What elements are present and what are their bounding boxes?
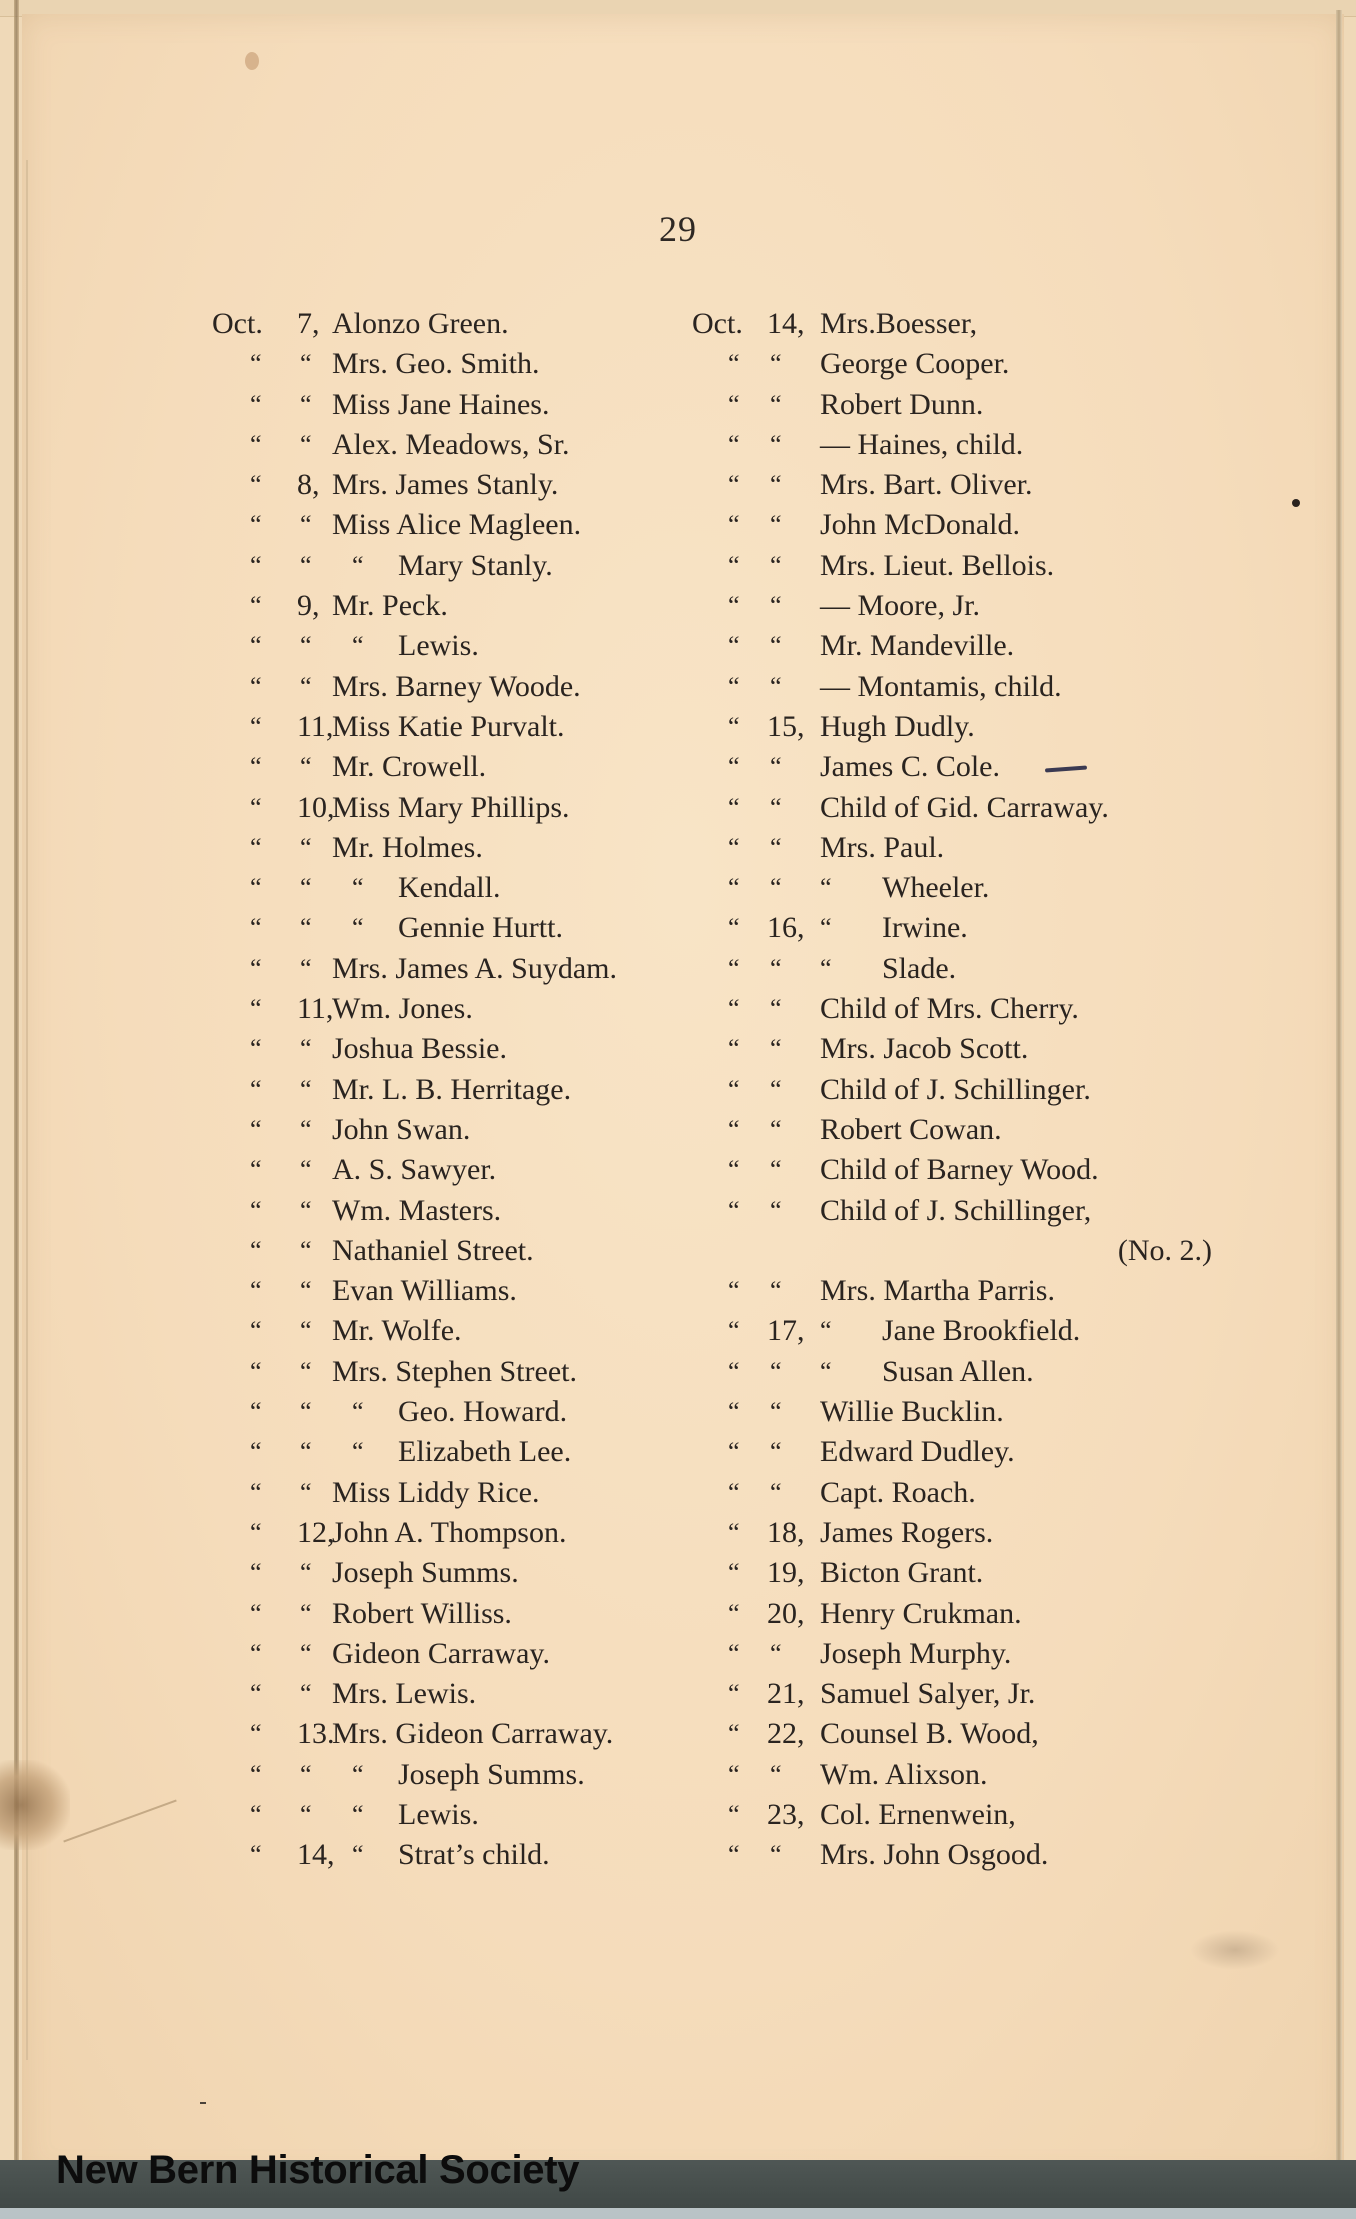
ditto-mark: “ — [250, 1795, 262, 1835]
entry-name: Wheeler. — [882, 868, 989, 908]
entry-day: 14, — [767, 304, 805, 344]
ditto-mark: “ — [770, 989, 782, 1029]
ditto-mark: “ — [352, 1835, 364, 1875]
entry-name: Joseph Murphy. — [820, 1634, 1011, 1674]
entry-name: Mrs. James A. Suydam. — [332, 949, 617, 989]
list-entry: ““Mrs. Paul. — [692, 828, 1212, 868]
ditto-mark: “ — [728, 949, 740, 989]
list-entry: ““Alex. Meadows, Sr. — [212, 425, 682, 465]
list-entry: ““Robert Williss. — [212, 1594, 682, 1634]
list-entry: ““Mrs. Stephen Street. — [212, 1352, 682, 1392]
ditto-mark: “ — [250, 1835, 262, 1875]
ditto-mark: “ — [250, 344, 262, 384]
torn-edge-stain — [0, 1760, 70, 1850]
entry-name: John McDonald. — [820, 505, 1020, 545]
entry-name: Child of J. Schillinger. — [820, 1070, 1091, 1110]
entry-name: Child of Gid. Carraway. — [820, 788, 1109, 828]
ditto-mark: “ — [300, 1110, 312, 1150]
entry-day: 8, — [297, 465, 320, 505]
ditto-mark: “ — [250, 667, 262, 707]
ditto-mark: “ — [820, 868, 832, 908]
ditto-mark: “ — [250, 1594, 262, 1634]
entry-name: Mrs. Geo. Smith. — [332, 344, 540, 384]
ditto-mark: “ — [352, 908, 364, 948]
ditto-mark: “ — [250, 385, 262, 425]
entry-name: James C. Cole. — [820, 747, 1000, 787]
list-entry: ““Wm. Alixson. — [692, 1755, 1212, 1795]
entry-name: Miss Jane Haines. — [332, 385, 549, 425]
entry-name: Mrs. Lewis. — [332, 1674, 476, 1714]
list-entry: ““Robert Cowan. — [692, 1110, 1212, 1150]
entry-name: — Moore, Jr. — [820, 586, 980, 626]
ditto-mark: “ — [250, 546, 262, 586]
entry-name: George Cooper. — [820, 344, 1009, 384]
list-entry: ““John McDonald. — [692, 505, 1212, 545]
entry-name: Geo. Howard. — [398, 1392, 567, 1432]
entry-name: Lewis. — [398, 626, 479, 666]
list-entry: ““Willie Bucklin. — [692, 1392, 1212, 1432]
list-entry: ““— Haines, child. — [692, 425, 1212, 465]
entry-name: Mrs. Lieut. Bellois. — [820, 546, 1054, 586]
entry-day: 15, — [767, 707, 805, 747]
list-entry: ““A. S. Sawyer. — [212, 1150, 682, 1190]
entry-name: Capt. Roach. — [820, 1473, 976, 1513]
entry-name: Edward Dudley. — [820, 1432, 1015, 1472]
ditto-mark: “ — [250, 1392, 262, 1432]
list-entry: ““Joseph Summs. — [212, 1553, 682, 1593]
list-entry: “16,“Irwine. — [692, 908, 1212, 948]
ditto-mark: “ — [728, 1795, 740, 1835]
list-entry: ““Robert Dunn. — [692, 385, 1212, 425]
entry-name: Miss Alice Magleen. — [332, 505, 581, 545]
ditto-mark: “ — [352, 546, 364, 586]
entry-name: Child of Barney Wood. — [820, 1150, 1099, 1190]
ditto-mark: “ — [728, 465, 740, 505]
entry-name: Alex. Meadows, Sr. — [332, 425, 569, 465]
list-entry: “““Joseph Summs. — [212, 1755, 682, 1795]
ditto-mark: “ — [728, 868, 740, 908]
ditto-mark: “ — [250, 1110, 262, 1150]
entry-day: 23, — [767, 1795, 805, 1835]
ditto-mark: “ — [728, 747, 740, 787]
page-number: 29 — [0, 208, 1356, 250]
ditto-mark: “ — [300, 1070, 312, 1110]
entry-name: Slade. — [882, 949, 956, 989]
list-entry: “““Kendall. — [212, 868, 682, 908]
entry-day: 22, — [767, 1714, 805, 1754]
list-entry: ““Mrs. Martha Parris. — [692, 1271, 1212, 1311]
list-entry: “19,Bicton Grant. — [692, 1553, 1212, 1593]
list-entry: “““Susan Allen. — [692, 1352, 1212, 1392]
list-entry: ““Mrs. Geo. Smith. — [212, 344, 682, 384]
ditto-mark: “ — [250, 1191, 262, 1231]
ditto-mark: “ — [300, 1029, 312, 1069]
ditto-mark: “ — [728, 1553, 740, 1593]
left-column-burial-list: Oct.7,Alonzo Green.““Mrs. Geo. Smith.““M… — [212, 304, 682, 1876]
entry-name: Robert Dunn. — [820, 385, 983, 425]
ditto-mark: “ — [728, 586, 740, 626]
entry-day: 13. — [297, 1714, 335, 1754]
entry-name: Alonzo Green. — [332, 304, 509, 344]
list-entry: ““— Moore, Jr. — [692, 586, 1212, 626]
ditto-mark: “ — [300, 667, 312, 707]
list-entry: ““Child of J. Schillinger. — [692, 1070, 1212, 1110]
list-entry: ““Mrs. Barney Woode. — [212, 667, 682, 707]
entry-name: Kendall. — [398, 868, 500, 908]
list-entry: “9,Mr. Peck. — [212, 586, 682, 626]
entry-name: Child of J. Schillinger, — [820, 1191, 1091, 1231]
entry-month: Oct. — [212, 304, 263, 344]
entry-day: 18, — [767, 1513, 805, 1553]
ditto-mark: “ — [300, 1795, 312, 1835]
entry-name: Hugh Dudly. — [820, 707, 975, 747]
ditto-mark: “ — [770, 1150, 782, 1190]
list-entry: ““Mrs. John Osgood. — [692, 1835, 1212, 1875]
list-entry: “““Mary Stanly. — [212, 546, 682, 586]
list-entry: ““Capt. Roach. — [692, 1473, 1212, 1513]
ditto-mark: “ — [770, 1755, 782, 1795]
entry-continuation: (No. 2.) — [1118, 1234, 1212, 1267]
entry-name: Irwine. — [882, 908, 968, 948]
list-entry: “12,John A. Thompson. — [212, 1513, 682, 1553]
list-entry: ““Mrs. Lieut. Bellois. — [692, 546, 1212, 586]
ditto-mark: “ — [770, 1271, 782, 1311]
entry-name: Mary Stanly. — [398, 546, 553, 586]
ditto-mark: “ — [250, 828, 262, 868]
ditto-mark: “ — [770, 1029, 782, 1069]
entry-name: Mrs. Jacob Scott. — [820, 1029, 1028, 1069]
ditto-mark: “ — [728, 788, 740, 828]
entry-name: Mrs. John Osgood. — [820, 1835, 1048, 1875]
ditto-mark: “ — [770, 1110, 782, 1150]
list-entry: “““Lewis. — [212, 1795, 682, 1835]
entry-name: Samuel Salyer, Jr. — [820, 1674, 1035, 1714]
ditto-mark: “ — [300, 385, 312, 425]
ditto-mark: “ — [728, 1191, 740, 1231]
ditto-mark: “ — [770, 1835, 782, 1875]
ditto-mark: “ — [728, 1674, 740, 1714]
list-entry: ““Miss Liddy Rice. — [212, 1473, 682, 1513]
ditto-mark: “ — [300, 344, 312, 384]
list-entry: ““ — Montamis, child. — [692, 667, 1212, 707]
ditto-mark: “ — [770, 1634, 782, 1674]
ditto-mark: “ — [250, 1432, 262, 1472]
ditto-mark: “ — [770, 788, 782, 828]
list-entry: ““Miss Jane Haines. — [212, 385, 682, 425]
watermark-new-bern-historical-society: New Bern Historical Society — [56, 2148, 579, 2193]
ditto-mark: “ — [300, 1150, 312, 1190]
entry-name: John Swan. — [332, 1110, 470, 1150]
ditto-mark: “ — [728, 1835, 740, 1875]
list-entry: “““Slade. — [692, 949, 1212, 989]
ditto-mark: “ — [352, 626, 364, 666]
list-entry: ““John Swan. — [212, 1110, 682, 1150]
ditto-mark: “ — [250, 949, 262, 989]
stray-mark — [200, 2102, 206, 2104]
list-entry: “10,Miss Mary Phillips. — [212, 788, 682, 828]
list-entry: ““Evan Williams. — [212, 1271, 682, 1311]
list-entry: ““Miss Alice Magleen. — [212, 505, 682, 545]
entry-name: — Montamis, child. — [820, 667, 1062, 707]
entry-name: Mr. Holmes. — [332, 828, 483, 868]
entry-name: Evan Williams. — [332, 1271, 517, 1311]
ditto-mark: “ — [728, 1755, 740, 1795]
ditto-mark: “ — [728, 1513, 740, 1553]
list-entry: ““ Child of Mrs. Cherry. — [692, 989, 1212, 1029]
ditto-mark: “ — [728, 1070, 740, 1110]
ditto-mark: “ — [250, 1150, 262, 1190]
ditto-mark: “ — [770, 1432, 782, 1472]
ditto-mark: “ — [770, 747, 782, 787]
ditto-mark: “ — [770, 1473, 782, 1513]
list-entry: ““Mrs. Jacob Scott. — [692, 1029, 1212, 1069]
list-entry: ““Mr. L. B. Herritage. — [212, 1070, 682, 1110]
list-entry: “8,Mrs. James Stanly. — [212, 465, 682, 505]
list-entry: ““Mr. Crowell. — [212, 747, 682, 787]
ditto-mark: “ — [300, 1674, 312, 1714]
list-entry: ““Mr. Wolfe. — [212, 1311, 682, 1351]
ditto-mark: “ — [770, 828, 782, 868]
ditto-mark: “ — [728, 626, 740, 666]
list-entry: ““Child of Gid. Carraway. — [692, 788, 1212, 828]
ditto-mark: “ — [770, 344, 782, 384]
entry-name: Mrs. James Stanly. — [332, 465, 558, 505]
entry-name: Mrs.Boesser, — [820, 304, 977, 344]
ditto-mark: “ — [770, 1191, 782, 1231]
right-column-burial-list: Oct.14,Mrs.Boesser,““George Cooper.““Rob… — [692, 304, 1212, 1876]
entry-name: Robert Cowan. — [820, 1110, 1002, 1150]
ditto-mark: “ — [300, 1432, 312, 1472]
ditto-mark: “ — [300, 1392, 312, 1432]
list-entry: Oct.14,Mrs.Boesser, — [692, 304, 1212, 344]
list-entry: “11,Miss Katie Purvalt. — [212, 707, 682, 747]
ditto-mark: “ — [770, 667, 782, 707]
entry-name: Lewis. — [398, 1795, 479, 1835]
ditto-mark: “ — [820, 1311, 832, 1351]
list-entry: “““Wheeler. — [692, 868, 1212, 908]
page-right-edge — [1336, 10, 1342, 2180]
entry-name: Elizabeth Lee. — [398, 1432, 571, 1472]
list-entry: ““James C. Cole. — [692, 747, 1212, 787]
entry-name: Wm. Masters. — [332, 1191, 501, 1231]
ditto-mark: “ — [250, 626, 262, 666]
ditto-mark: “ — [300, 1634, 312, 1674]
ditto-mark: “ — [352, 1392, 364, 1432]
ditto-mark: “ — [728, 425, 740, 465]
ditto-mark: “ — [728, 1432, 740, 1472]
list-entry: ““George Cooper. — [692, 344, 1212, 384]
ditto-mark: “ — [728, 1271, 740, 1311]
ditto-mark: “ — [250, 425, 262, 465]
entry-name: John A. Thompson. — [332, 1513, 566, 1553]
ditto-mark: “ — [250, 1271, 262, 1311]
ditto-mark: “ — [728, 1594, 740, 1634]
ditto-mark: “ — [820, 908, 832, 948]
ditto-mark: “ — [770, 505, 782, 545]
ditto-mark: “ — [770, 586, 782, 626]
entry-name: Robert Williss. — [332, 1594, 512, 1634]
list-entry: ““Child of J. Schillinger, — [692, 1191, 1212, 1231]
ditto-mark: “ — [820, 949, 832, 989]
entry-day: 11, — [297, 707, 333, 747]
ditto-mark: “ — [352, 1795, 364, 1835]
entry-day: 9, — [297, 586, 320, 626]
ditto-mark: “ — [352, 868, 364, 908]
ditto-mark: “ — [300, 1553, 312, 1593]
entry-name: Mrs. Stephen Street. — [332, 1352, 577, 1392]
entry-name: Mrs. Gideon Carraway. — [332, 1714, 613, 1754]
ditto-mark: “ — [770, 868, 782, 908]
ditto-mark: “ — [352, 1755, 364, 1795]
ditto-mark: “ — [300, 1231, 312, 1271]
ditto-mark: “ — [250, 1714, 262, 1754]
ditto-mark: “ — [300, 1191, 312, 1231]
entry-name: Gideon Carraway. — [332, 1634, 550, 1674]
entry-month: Oct. — [692, 304, 743, 344]
entry-day: 17, — [767, 1311, 805, 1351]
ditto-mark: “ — [770, 425, 782, 465]
ditto-mark: “ — [728, 908, 740, 948]
ditto-mark: “ — [250, 989, 262, 1029]
list-entry: ““Mrs. Bart. Oliver. — [692, 465, 1212, 505]
list-entry: “22,Counsel B. Wood, — [692, 1714, 1212, 1754]
list-entry: ““Child of Barney Wood. — [692, 1150, 1212, 1190]
ink-spot — [1292, 499, 1300, 507]
entry-name: — Haines, child. — [820, 425, 1023, 465]
ditto-mark: “ — [250, 505, 262, 545]
entry-name: Miss Katie Purvalt. — [332, 707, 565, 747]
entry-name: Gennie Hurtt. — [398, 908, 563, 948]
ditto-mark: “ — [770, 1392, 782, 1432]
list-entry: ““Edward Dudley. — [692, 1432, 1212, 1472]
ditto-mark: “ — [352, 1432, 364, 1472]
ditto-mark: “ — [728, 1352, 740, 1392]
ditto-mark: “ — [728, 1311, 740, 1351]
ditto-mark: “ — [728, 1110, 740, 1150]
ditto-mark: “ — [250, 1513, 262, 1553]
entry-name: Col. Ernenwein, — [820, 1795, 1016, 1835]
entry-name: Joshua Bessie. — [332, 1029, 507, 1069]
ditto-mark: “ — [728, 828, 740, 868]
ditto-mark: “ — [770, 465, 782, 505]
ditto-mark: “ — [728, 1029, 740, 1069]
ditto-mark: “ — [250, 707, 262, 747]
foxing-stain — [1190, 1930, 1280, 1970]
entry-name: Strat’s child. — [398, 1835, 550, 1875]
ditto-mark: “ — [250, 1473, 262, 1513]
ditto-mark: “ — [250, 1029, 262, 1069]
entry-day: 12, — [297, 1513, 335, 1553]
list-entry: “““Lewis. — [212, 626, 682, 666]
entry-name: Susan Allen. — [882, 1352, 1034, 1392]
ditto-mark: “ — [728, 344, 740, 384]
entry-name: Mrs. Paul. — [820, 828, 944, 868]
list-entry: “20,Henry Crukman. — [692, 1594, 1212, 1634]
list-entry: “13.Mrs. Gideon Carraway. — [212, 1714, 682, 1754]
ditto-mark: “ — [728, 1150, 740, 1190]
entry-name: Nathaniel Street. — [332, 1231, 534, 1271]
ditto-mark: “ — [250, 1352, 262, 1392]
entry-name: Mrs. Martha Parris. — [820, 1271, 1055, 1311]
ditto-mark: “ — [728, 1473, 740, 1513]
ditto-mark: “ — [250, 1674, 262, 1714]
list-entry: “23,Col. Ernenwein, — [692, 1795, 1212, 1835]
entry-name: Mrs. Barney Woode. — [332, 667, 581, 707]
ditto-mark: “ — [728, 667, 740, 707]
ditto-mark: “ — [770, 546, 782, 586]
ditto-mark: “ — [728, 1714, 740, 1754]
entry-name: Mr. Mandeville. — [820, 626, 1014, 666]
list-entry: ““Gideon Carraway. — [212, 1634, 682, 1674]
ditto-mark: “ — [300, 747, 312, 787]
entry-name: Joseph Summs. — [332, 1553, 519, 1593]
entry-name: Willie Bucklin. — [820, 1392, 1004, 1432]
entry-name: Jane Brookfield. — [882, 1311, 1080, 1351]
entry-name: Counsel B. Wood, — [820, 1714, 1039, 1754]
list-entry: ““Nathaniel Street. — [212, 1231, 682, 1271]
entry-name: James Rogers. — [820, 1513, 993, 1553]
ditto-mark: “ — [728, 546, 740, 586]
entry-name: Bicton Grant. — [820, 1553, 983, 1593]
list-entry: ““Mr. Mandeville. — [692, 626, 1212, 666]
ditto-mark: “ — [300, 1311, 312, 1351]
list-entry: “18,James Rogers. — [692, 1513, 1212, 1553]
list-entry: “21,Samuel Salyer, Jr. — [692, 1674, 1212, 1714]
ditto-mark: “ — [728, 989, 740, 1029]
entry-name: Mr. L. B. Herritage. — [332, 1070, 571, 1110]
ditto-mark: “ — [250, 465, 262, 505]
ditto-mark: “ — [300, 1473, 312, 1513]
entry-name: Wm. Jones. — [332, 989, 473, 1029]
foxing-spot — [245, 52, 259, 70]
ditto-mark: “ — [250, 788, 262, 828]
entry-day: 11, — [297, 989, 333, 1029]
ditto-mark: “ — [728, 385, 740, 425]
ditto-mark: “ — [770, 385, 782, 425]
entry-day: 20, — [767, 1594, 805, 1634]
ditto-mark: “ — [770, 1070, 782, 1110]
entry-name: Mr. Wolfe. — [332, 1311, 462, 1351]
ditto-mark: “ — [770, 949, 782, 989]
ditto-mark: “ — [728, 505, 740, 545]
entry-name: Mr. Crowell. — [332, 747, 486, 787]
list-entry: ““Joshua Bessie. — [212, 1029, 682, 1069]
ditto-mark: “ — [300, 505, 312, 545]
entry-day: 7, — [297, 304, 320, 344]
ditto-mark: “ — [250, 868, 262, 908]
list-entry: “““Gennie Hurtt. — [212, 908, 682, 948]
list-entry: ““Wm. Masters. — [212, 1191, 682, 1231]
entry-name: A. S. Sawyer. — [332, 1150, 496, 1190]
entry-name: Miss Mary Phillips. — [332, 788, 570, 828]
list-entry: ““Mrs. Lewis. — [212, 1674, 682, 1714]
ditto-mark: “ — [300, 949, 312, 989]
list-entry: “““Geo. Howard. — [212, 1392, 682, 1432]
entry-day: 16, — [767, 908, 805, 948]
ditto-mark: “ — [300, 425, 312, 465]
ditto-mark: “ — [300, 1271, 312, 1311]
list-entry: (No. 2.) — [692, 1231, 1212, 1271]
ditto-mark: “ — [770, 1352, 782, 1392]
entry-name: Mrs. Bart. Oliver. — [820, 465, 1032, 505]
ditto-mark: “ — [250, 908, 262, 948]
entry-day: 19, — [767, 1553, 805, 1593]
ditto-mark: “ — [250, 1070, 262, 1110]
ditto-mark: “ — [300, 1594, 312, 1634]
ditto-mark: “ — [300, 626, 312, 666]
ditto-mark: “ — [770, 626, 782, 666]
ditto-mark: “ — [250, 586, 262, 626]
